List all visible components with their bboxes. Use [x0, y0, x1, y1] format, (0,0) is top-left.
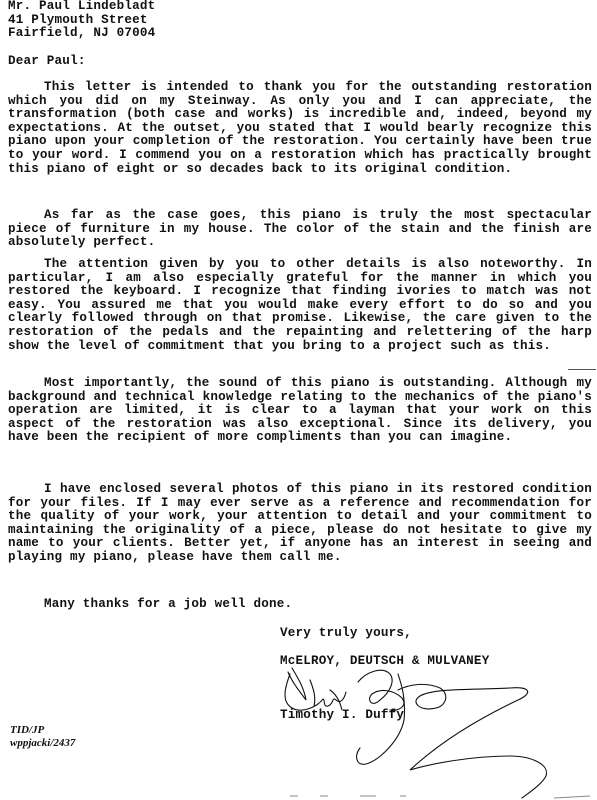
recipient-name: Mr. Paul Lindebladt [8, 0, 155, 14]
closing-line: Many thanks for a job well done. [44, 598, 292, 612]
body-paragraph-3: The attention given by you to other deta… [8, 258, 592, 353]
recipient-address: Mr. Paul Lindebladt 41 Plymouth Street F… [8, 0, 155, 41]
reference-file: wppjacki/2437 [10, 737, 75, 750]
margin-mark [568, 369, 596, 370]
paragraph-text: Most importantly, the sound of this pian… [8, 377, 592, 445]
paragraph-text: The attention given by you to other deta… [8, 258, 592, 353]
body-paragraph-5: I have enclosed several photos of this p… [8, 483, 592, 565]
recipient-city: Fairfield, NJ 07004 [8, 27, 155, 41]
handwritten-signature [270, 660, 597, 800]
firm-name: McELROY, DEUTSCH & MULVANEY [280, 655, 489, 669]
paragraph-text: I have enclosed several photos of this p… [8, 483, 592, 565]
valediction: Very truly yours, [280, 627, 412, 641]
recipient-street: 41 Plymouth Street [8, 14, 155, 28]
paragraph-text: This letter is intended to thank you for… [8, 81, 592, 176]
body-paragraph-1: This letter is intended to thank you for… [8, 81, 592, 176]
body-paragraph-2: As far as the case goes, this piano is t… [8, 209, 592, 250]
body-paragraph-4: Most importantly, the sound of this pian… [8, 377, 592, 445]
paragraph-text: As far as the case goes, this piano is t… [8, 209, 592, 250]
reference-initials: TID/JP [10, 724, 44, 737]
salutation: Dear Paul: [8, 55, 86, 69]
signer-name: Timothy I. Duffy [280, 709, 404, 723]
